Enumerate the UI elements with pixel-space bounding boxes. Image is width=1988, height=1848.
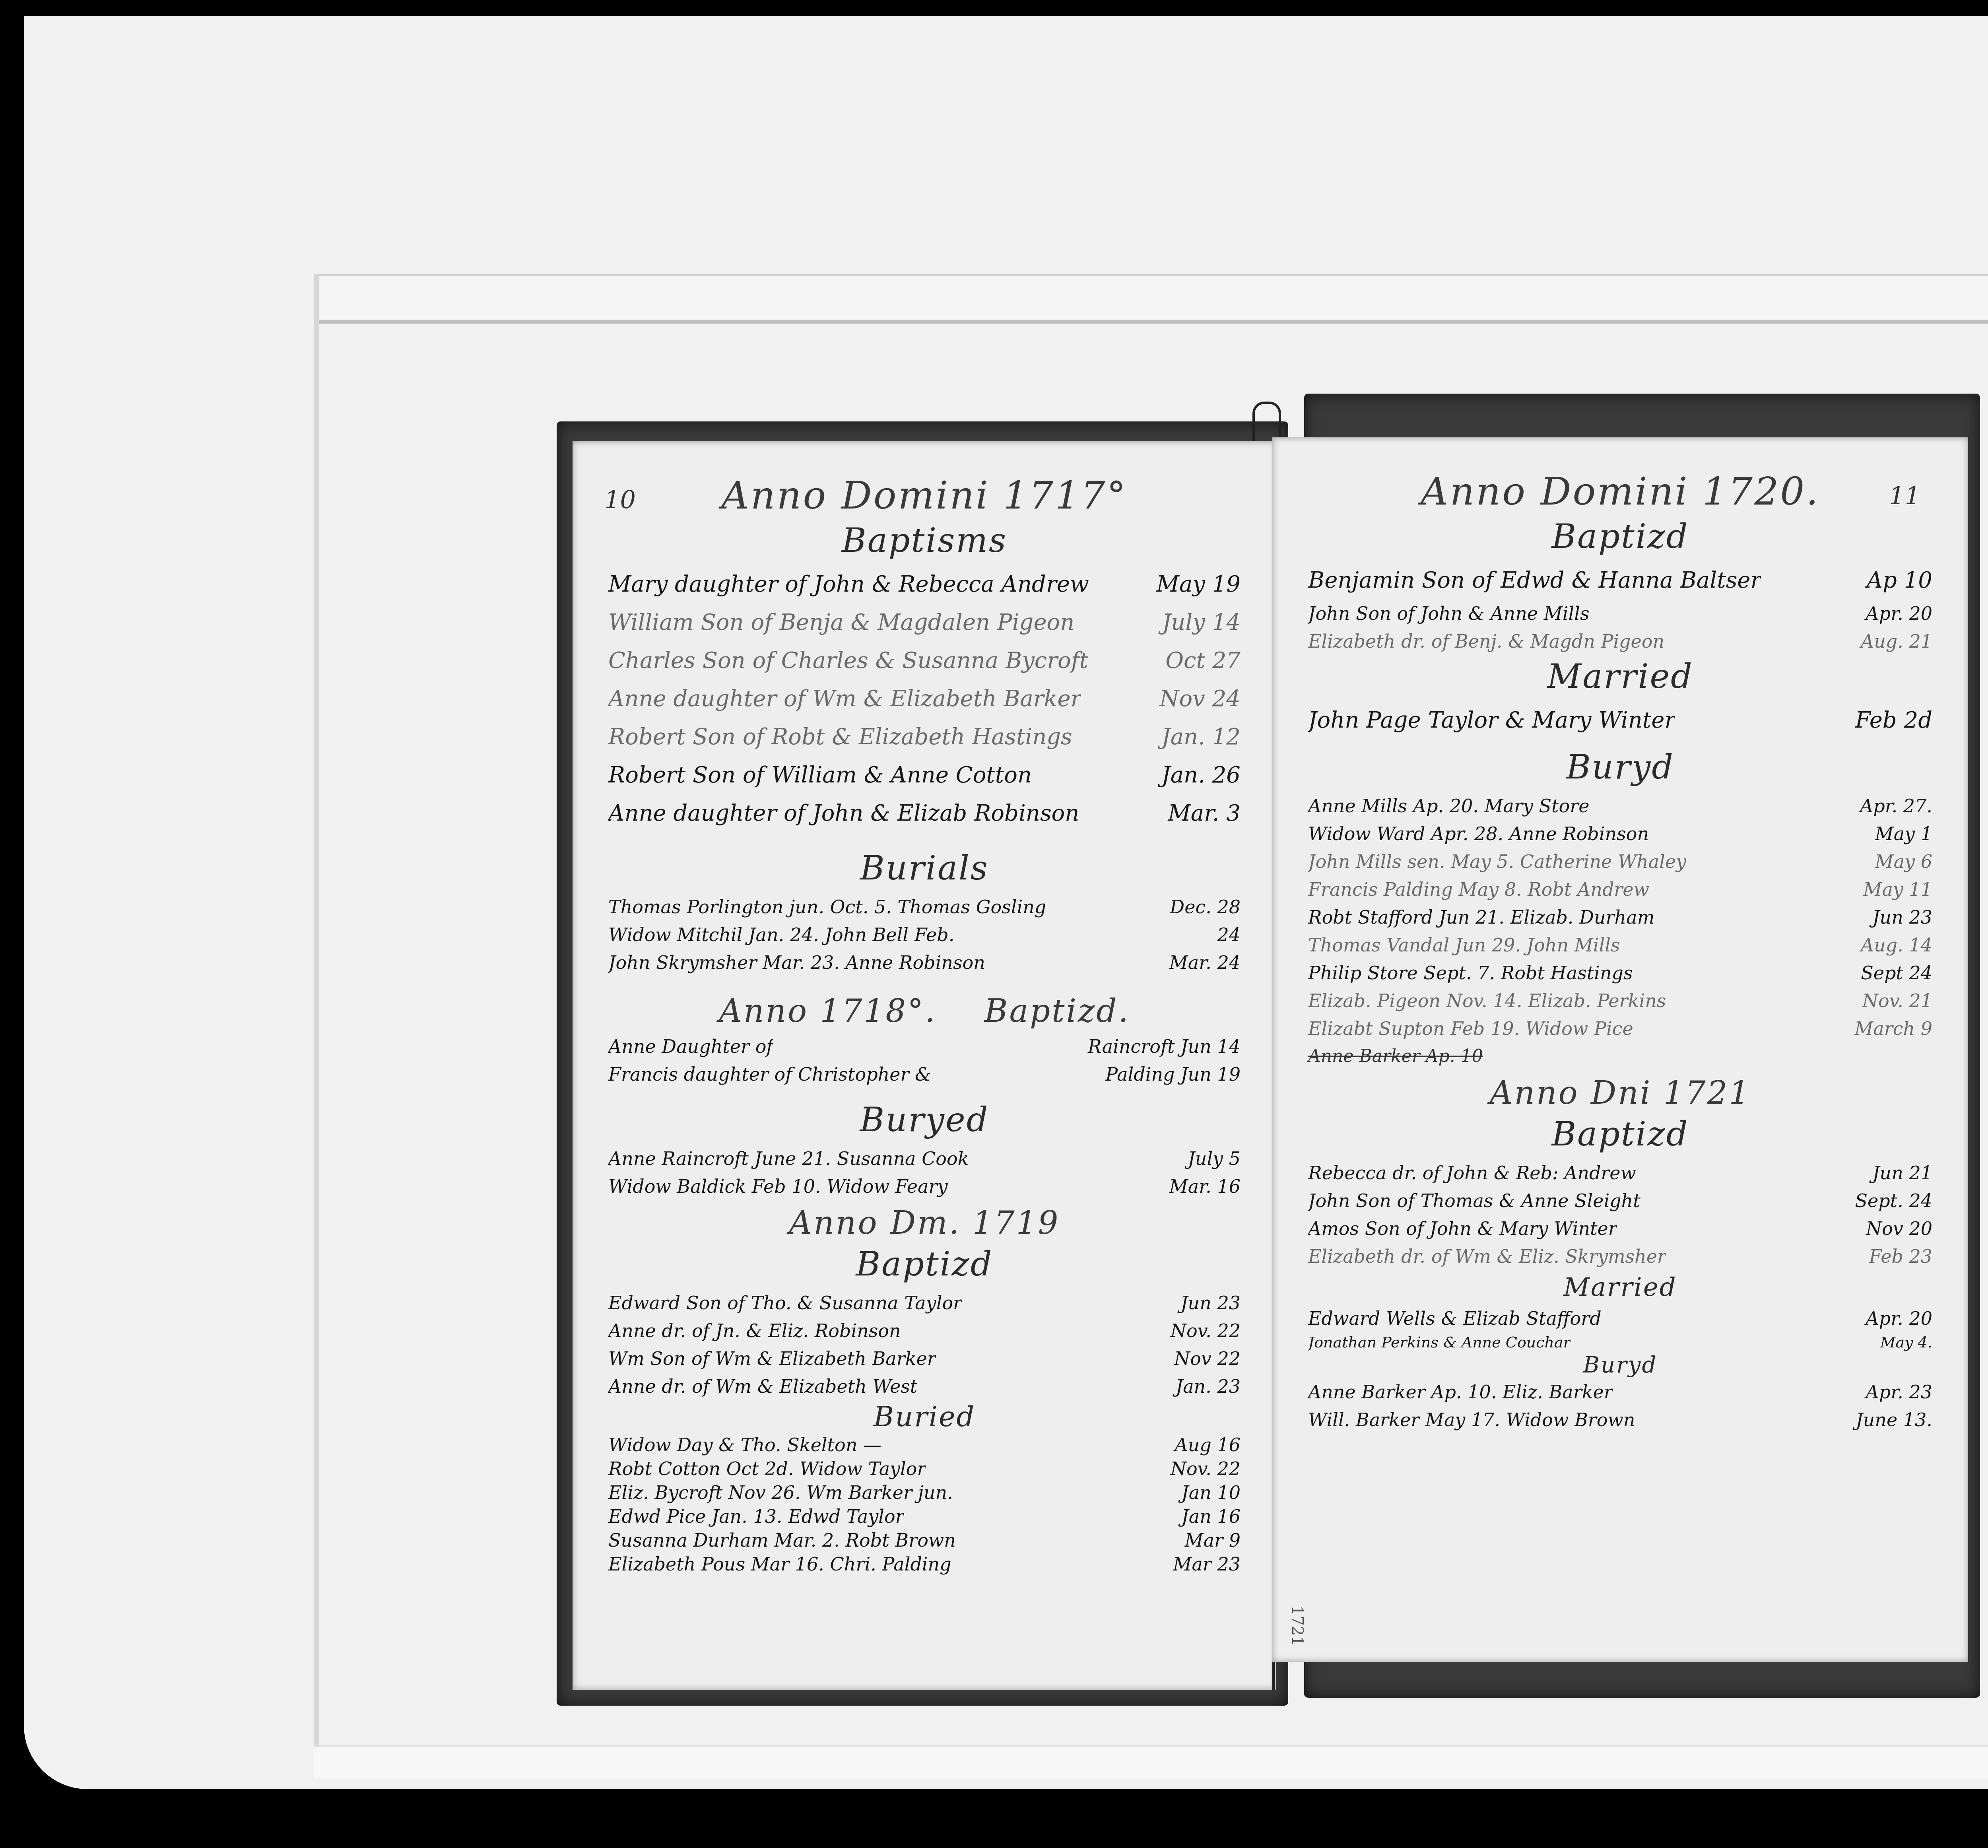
year-heading-1718: Anno 1718°. Baptizd. xyxy=(600,992,1248,1029)
register-entry: Edwd Pice Jan. 13. Edwd TaylorJan 16 xyxy=(600,1504,1248,1528)
film-sprocket-mark xyxy=(312,1795,315,1811)
section-heading-baptizd: Baptizd xyxy=(1300,1114,1940,1153)
register-entry: Francis Palding May 8. Robt AndrewMay 11 xyxy=(1300,875,1940,903)
register-entry: Robert Son of Robt & Elizabeth HastingsJ… xyxy=(600,718,1248,756)
register-entry: Amos Son of John & Mary WinterNov 20 xyxy=(1300,1215,1940,1242)
film-sprocket-mark xyxy=(396,1795,399,1811)
film-sprocket-mark xyxy=(642,1795,645,1811)
year-heading-1719: Anno Dm. 1719 xyxy=(600,1204,1248,1241)
section-heading-baptizd: Baptizd xyxy=(600,1244,1248,1283)
register-entry: Susanna Durham Mar. 2. Robt BrownMar 9 xyxy=(600,1528,1248,1552)
register-entry: Widow Ward Apr. 28. Anne RobinsonMay 1 xyxy=(1300,820,1940,848)
register-entry: John Son of John & Anne MillsApr. 20 xyxy=(1300,600,1940,627)
year-heading: Anno Domini 1717° xyxy=(600,473,1248,518)
register-entry: Anne Raincroft June 21. Susanna CookJuly… xyxy=(600,1145,1248,1172)
film-sprocket-mark xyxy=(807,1795,810,1811)
register-entry: Widow Baldick Feb 10. Widow FearyMar. 16 xyxy=(600,1172,1248,1200)
section-heading-baptisms: Baptisms xyxy=(600,521,1248,560)
register-entry: Elizabeth dr. of Wm & Eliz. SkrymsherFeb… xyxy=(1300,1242,1940,1270)
register-entry: Anne Barker Ap. 10. Eliz. BarkerApr. 23 xyxy=(1300,1378,1940,1406)
register-entry: Widow Mitchil Jan. 24. John Bell Feb.24 xyxy=(600,921,1248,949)
register-entry: Elizabeth Pous Mar 16. Chri. PaldingMar … xyxy=(600,1552,1248,1576)
register-entry: Will. Barker May 17. Widow BrownJune 13. xyxy=(1300,1406,1940,1434)
section-heading-married: Married xyxy=(1300,657,1940,696)
register-entry: Anne dr. of Wm & Elizabeth WestJan. 23 xyxy=(600,1372,1248,1400)
register-entry: Philip Store Sept. 7. Robt HastingsSept … xyxy=(1300,959,1940,987)
register-entry: Robert Son of William & Anne CottonJan. … xyxy=(600,756,1248,794)
register-entry: Wm Son of Wm & Elizabeth BarkerNov 22 xyxy=(600,1345,1248,1372)
register-entry: Thomas Vandal Jun 29. John MillsAug. 14 xyxy=(1300,931,1940,959)
register-entry: John Page Taylor & Mary WinterFeb 2d xyxy=(1300,701,1940,740)
film-sprocket-mark xyxy=(147,1795,150,1811)
register-entry: Elizab. Pigeon Nov. 14. Elizab. PerkinsN… xyxy=(1300,987,1940,1015)
register-entry: Eliz. Bycroft Nov 26. Wm Barker jun.Jan … xyxy=(600,1481,1248,1504)
section-heading-married: Married xyxy=(1300,1273,1940,1302)
year-heading-1721: Anno Dni 1721 xyxy=(1300,1074,1940,1111)
register-entry: William Son of Benja & Magdalen PigeonJu… xyxy=(600,604,1248,642)
register-entry: Jonathan Perkins & Anne CoucharMay 4. xyxy=(1300,1332,1940,1352)
year-heading: Anno Domini 1720. xyxy=(1300,469,1940,514)
register-entry: Francis daughter of Christopher &Palding… xyxy=(600,1060,1248,1088)
register-entry: Thomas Porlington jun. Oct. 5. Thomas Go… xyxy=(600,893,1248,921)
section-heading-buryd: Buryd xyxy=(1300,1352,1940,1378)
register-book: 10 Anno Domini 1717° Baptisms Mary daugh… xyxy=(557,394,1980,1714)
struck-entry: Anne Barker Ap. 10 xyxy=(1300,1042,1940,1070)
film-sprocket-mark xyxy=(477,1795,480,1811)
register-entry: John Skrymsher Mar. 23. Anne RobinsonMar… xyxy=(600,949,1248,976)
register-entry: Mary daughter of John & Rebecca AndrewMa… xyxy=(600,565,1248,604)
register-entry: Benjamin Son of Edwd & Hanna BaltserAp 1… xyxy=(1300,561,1940,600)
register-entry: Anne dr. of Jn. & Eliz. RobinsonNov. 22 xyxy=(600,1317,1248,1345)
section-heading-buryed: Buryed xyxy=(600,1100,1248,1139)
film-sprocket-mark xyxy=(724,1795,727,1811)
register-entry: Anne daughter of Wm & Elizabeth BarkerNo… xyxy=(600,680,1248,718)
section-heading-buryd: Buryd xyxy=(1300,747,1940,786)
mount-left-rail xyxy=(314,274,319,1777)
register-entry: Anne Mills Ap. 20. Mary StoreApr. 27. xyxy=(1300,792,1940,820)
register-entry: Widow Day & Tho. Skelton —Aug 16 xyxy=(600,1433,1248,1457)
section-heading-burials: Burials xyxy=(600,848,1248,887)
register-entry: Charles Son of Charles & Susanna Bycroft… xyxy=(600,642,1248,680)
register-entry: Robt Stafford Jun 21. Elizab. DurhamJun … xyxy=(1300,903,1940,931)
register-entry: Robt Cotton Oct 2d. Widow TaylorNov. 22 xyxy=(600,1457,1248,1481)
mount-bottom-rail xyxy=(314,1745,1988,1778)
register-entry: Rebecca dr. of John & Reb: AndrewJun 21 xyxy=(1300,1159,1940,1187)
register-entry: Anne Daughter ofRaincroft Jun 14 xyxy=(600,1033,1248,1060)
margin-note: 1721 xyxy=(1288,1605,1307,1646)
film-sprocket-mark xyxy=(64,1795,67,1811)
register-entry: John Son of Thomas & Anne SleightSept. 2… xyxy=(1300,1187,1940,1215)
section-heading-buried: Buried xyxy=(600,1400,1248,1433)
register-entry: Elizabeth dr. of Benj. & Magdn PigeonAug… xyxy=(1300,627,1940,655)
register-page-left: 10 Anno Domini 1717° Baptisms Mary daugh… xyxy=(573,441,1276,1690)
register-entry: John Mills sen. May 5. Catherine WhaleyM… xyxy=(1300,848,1940,875)
mount-top-rail xyxy=(314,274,1988,324)
register-entry: Elizabt Supton Feb 19. Widow PiceMarch 9 xyxy=(1300,1015,1940,1042)
register-entry: Edward Son of Tho. & Susanna TaylorJun 2… xyxy=(600,1289,1248,1317)
register-entry: Edward Wells & Elizab StaffordApr. 20 xyxy=(1300,1304,1940,1332)
register-page-right: 11 Anno Domini 1720. Baptizd Benjamin So… xyxy=(1272,437,1968,1662)
section-heading-baptizd: Baptizd xyxy=(1300,517,1940,556)
film-sprocket-mark xyxy=(559,1795,562,1811)
film-sprocket-mark xyxy=(229,1795,232,1811)
register-entry: Anne daughter of John & Elizab RobinsonM… xyxy=(600,794,1248,833)
